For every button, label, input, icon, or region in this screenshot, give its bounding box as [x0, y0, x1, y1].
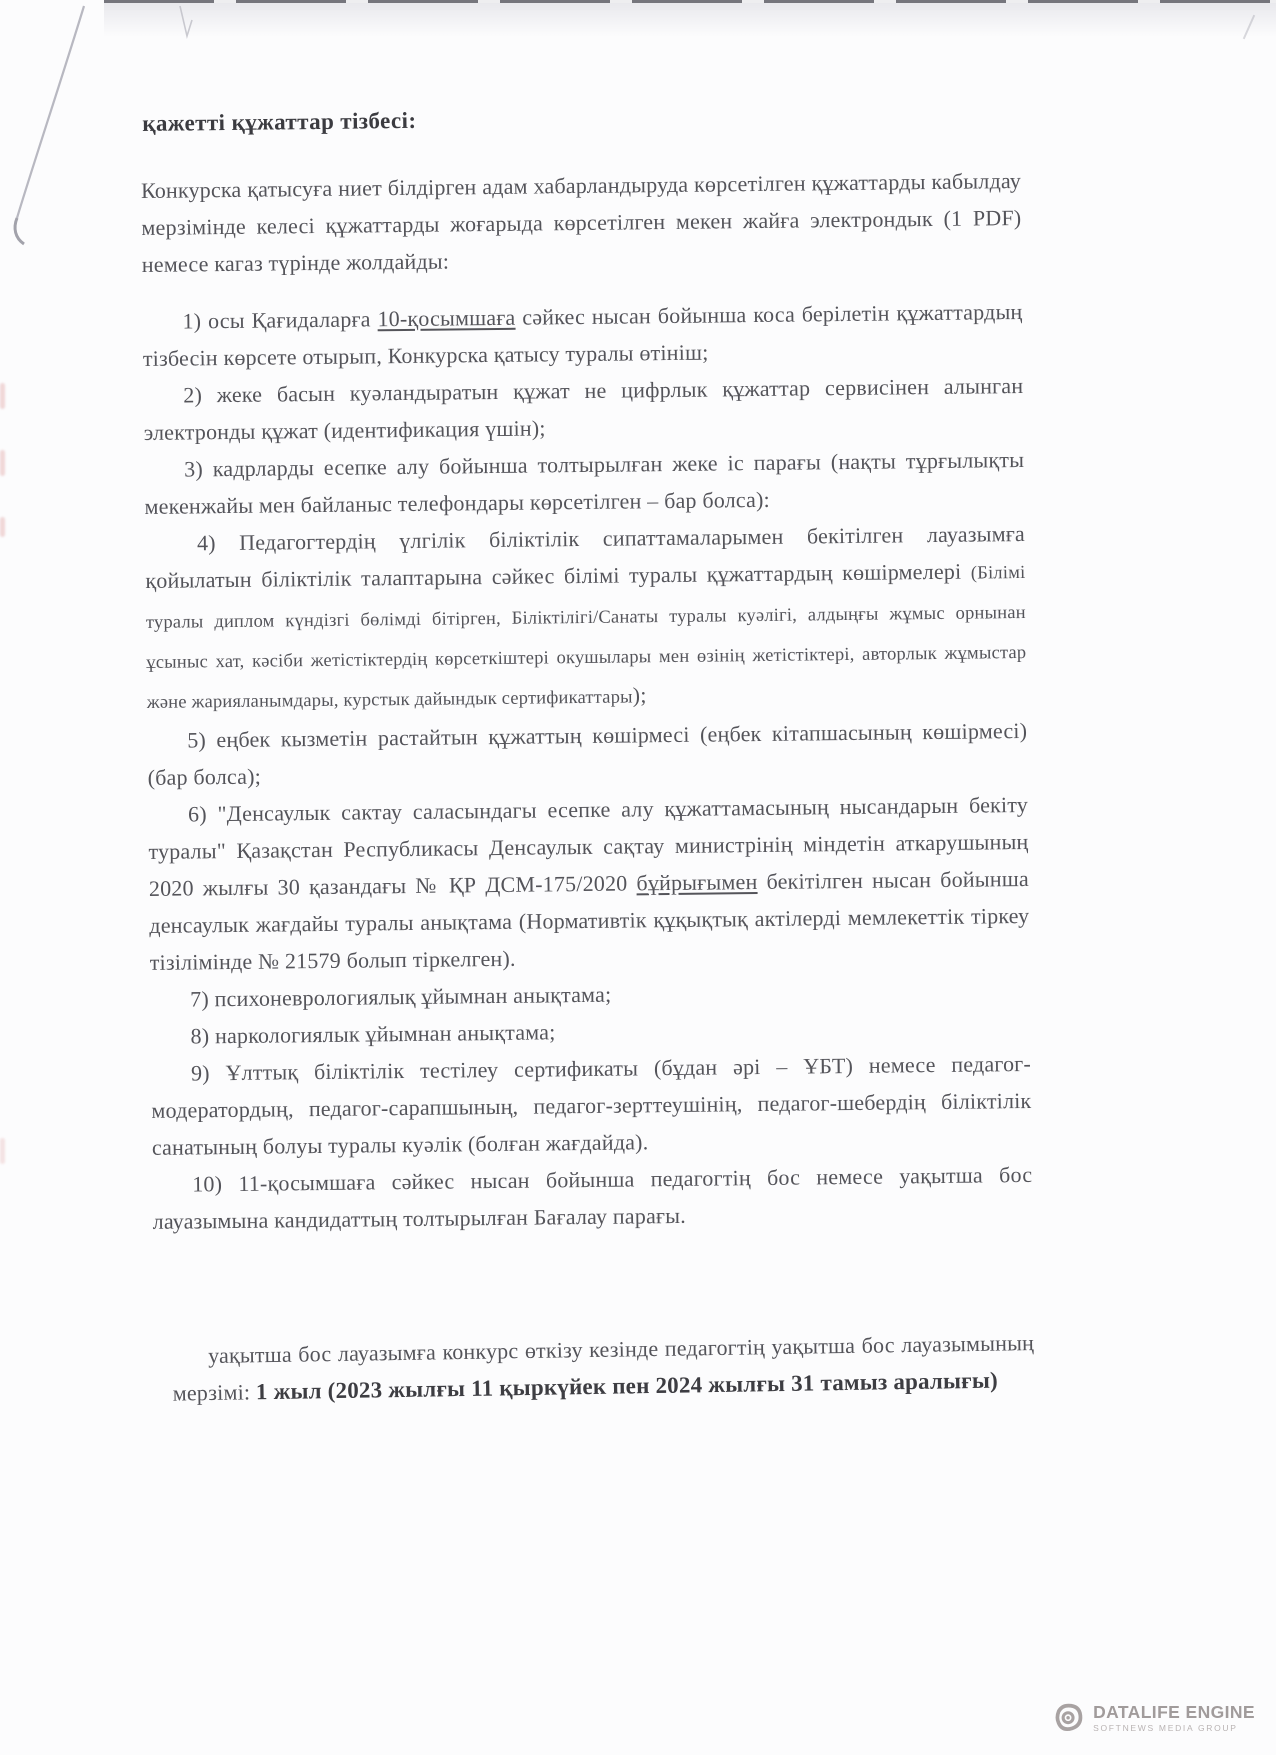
list-item-1: 1) осы Қағидаларға 10-қосымшаға сәйкес н…: [142, 293, 1023, 377]
scanned-document-page: қажетті құжаттар тізбесі: Конкурска қаты…: [0, 0, 1276, 1755]
list-item-6: 6) "Денсаулык сактау саласындагы есепке …: [148, 786, 1030, 981]
list-item-3: 3) кадрларды есепке алу бойынша толтырыл…: [144, 441, 1025, 525]
datalife-engine-logo-icon: [1052, 1701, 1085, 1734]
edge-smudge: [0, 517, 5, 537]
closing-term-bold: 1 жыл (2023 жылғы 11 қыркүйек пен 2024 ж…: [256, 1368, 998, 1405]
list-item-6-underlined-ref: бұйрығымен: [636, 869, 757, 895]
list-item-4-text-end: );: [633, 682, 647, 707]
watermark-title: DATALIFE ENGINE: [1093, 1703, 1255, 1721]
closing-paragraph: уақытша бос лауазымға конкурс өткізу кез…: [172, 1324, 1035, 1412]
document-title: қажетті құжаттар тізбесі:: [142, 95, 1020, 142]
list-item-4-text: 4) Педагогтердің үлгілік біліктілік сипа…: [145, 521, 1025, 593]
list-item-1-underlined-ref: 10-қосымшаға: [377, 305, 515, 332]
list-item-5: 5) еңбек кызметін растайтын құжаттың көш…: [147, 712, 1028, 796]
watermark: DATALIFE ENGINE SOFTNEWS MEDIA GROUP: [1052, 1701, 1255, 1734]
intro-paragraph: Конкурска қатысуға ниет білдірген адам х…: [141, 162, 1022, 283]
document-body: қажетті құжаттар тізбесі: Конкурска қаты…: [140, 95, 1035, 1410]
edge-smudge: [0, 1138, 5, 1164]
list-item-10: 10) 11-қосымшаға сәйкес нысан бойынша пе…: [152, 1156, 1033, 1240]
edge-smudge: [0, 383, 5, 409]
list-item-9: 9) Ұлттық біліктілік тестілеу сертификат…: [151, 1045, 1032, 1166]
scan-top-shadow: [104, 3, 1276, 37]
staple-mark: [172, 2, 202, 52]
list-item-1-text: 1) осы Қағидаларға: [182, 306, 377, 333]
paper-fold-line: [0, 0, 120, 260]
edge-smudge: [0, 450, 5, 476]
list-item-2: 2) жеке басын куәландыратын құжат не циф…: [143, 367, 1024, 451]
watermark-subtitle: SOFTNEWS MEDIA GROUP: [1093, 1723, 1255, 1733]
list-item-4: 4) Педагогтердің үлгілік біліктілік сипа…: [145, 515, 1027, 722]
watermark-text: DATALIFE ENGINE SOFTNEWS MEDIA GROUP: [1093, 1703, 1255, 1733]
